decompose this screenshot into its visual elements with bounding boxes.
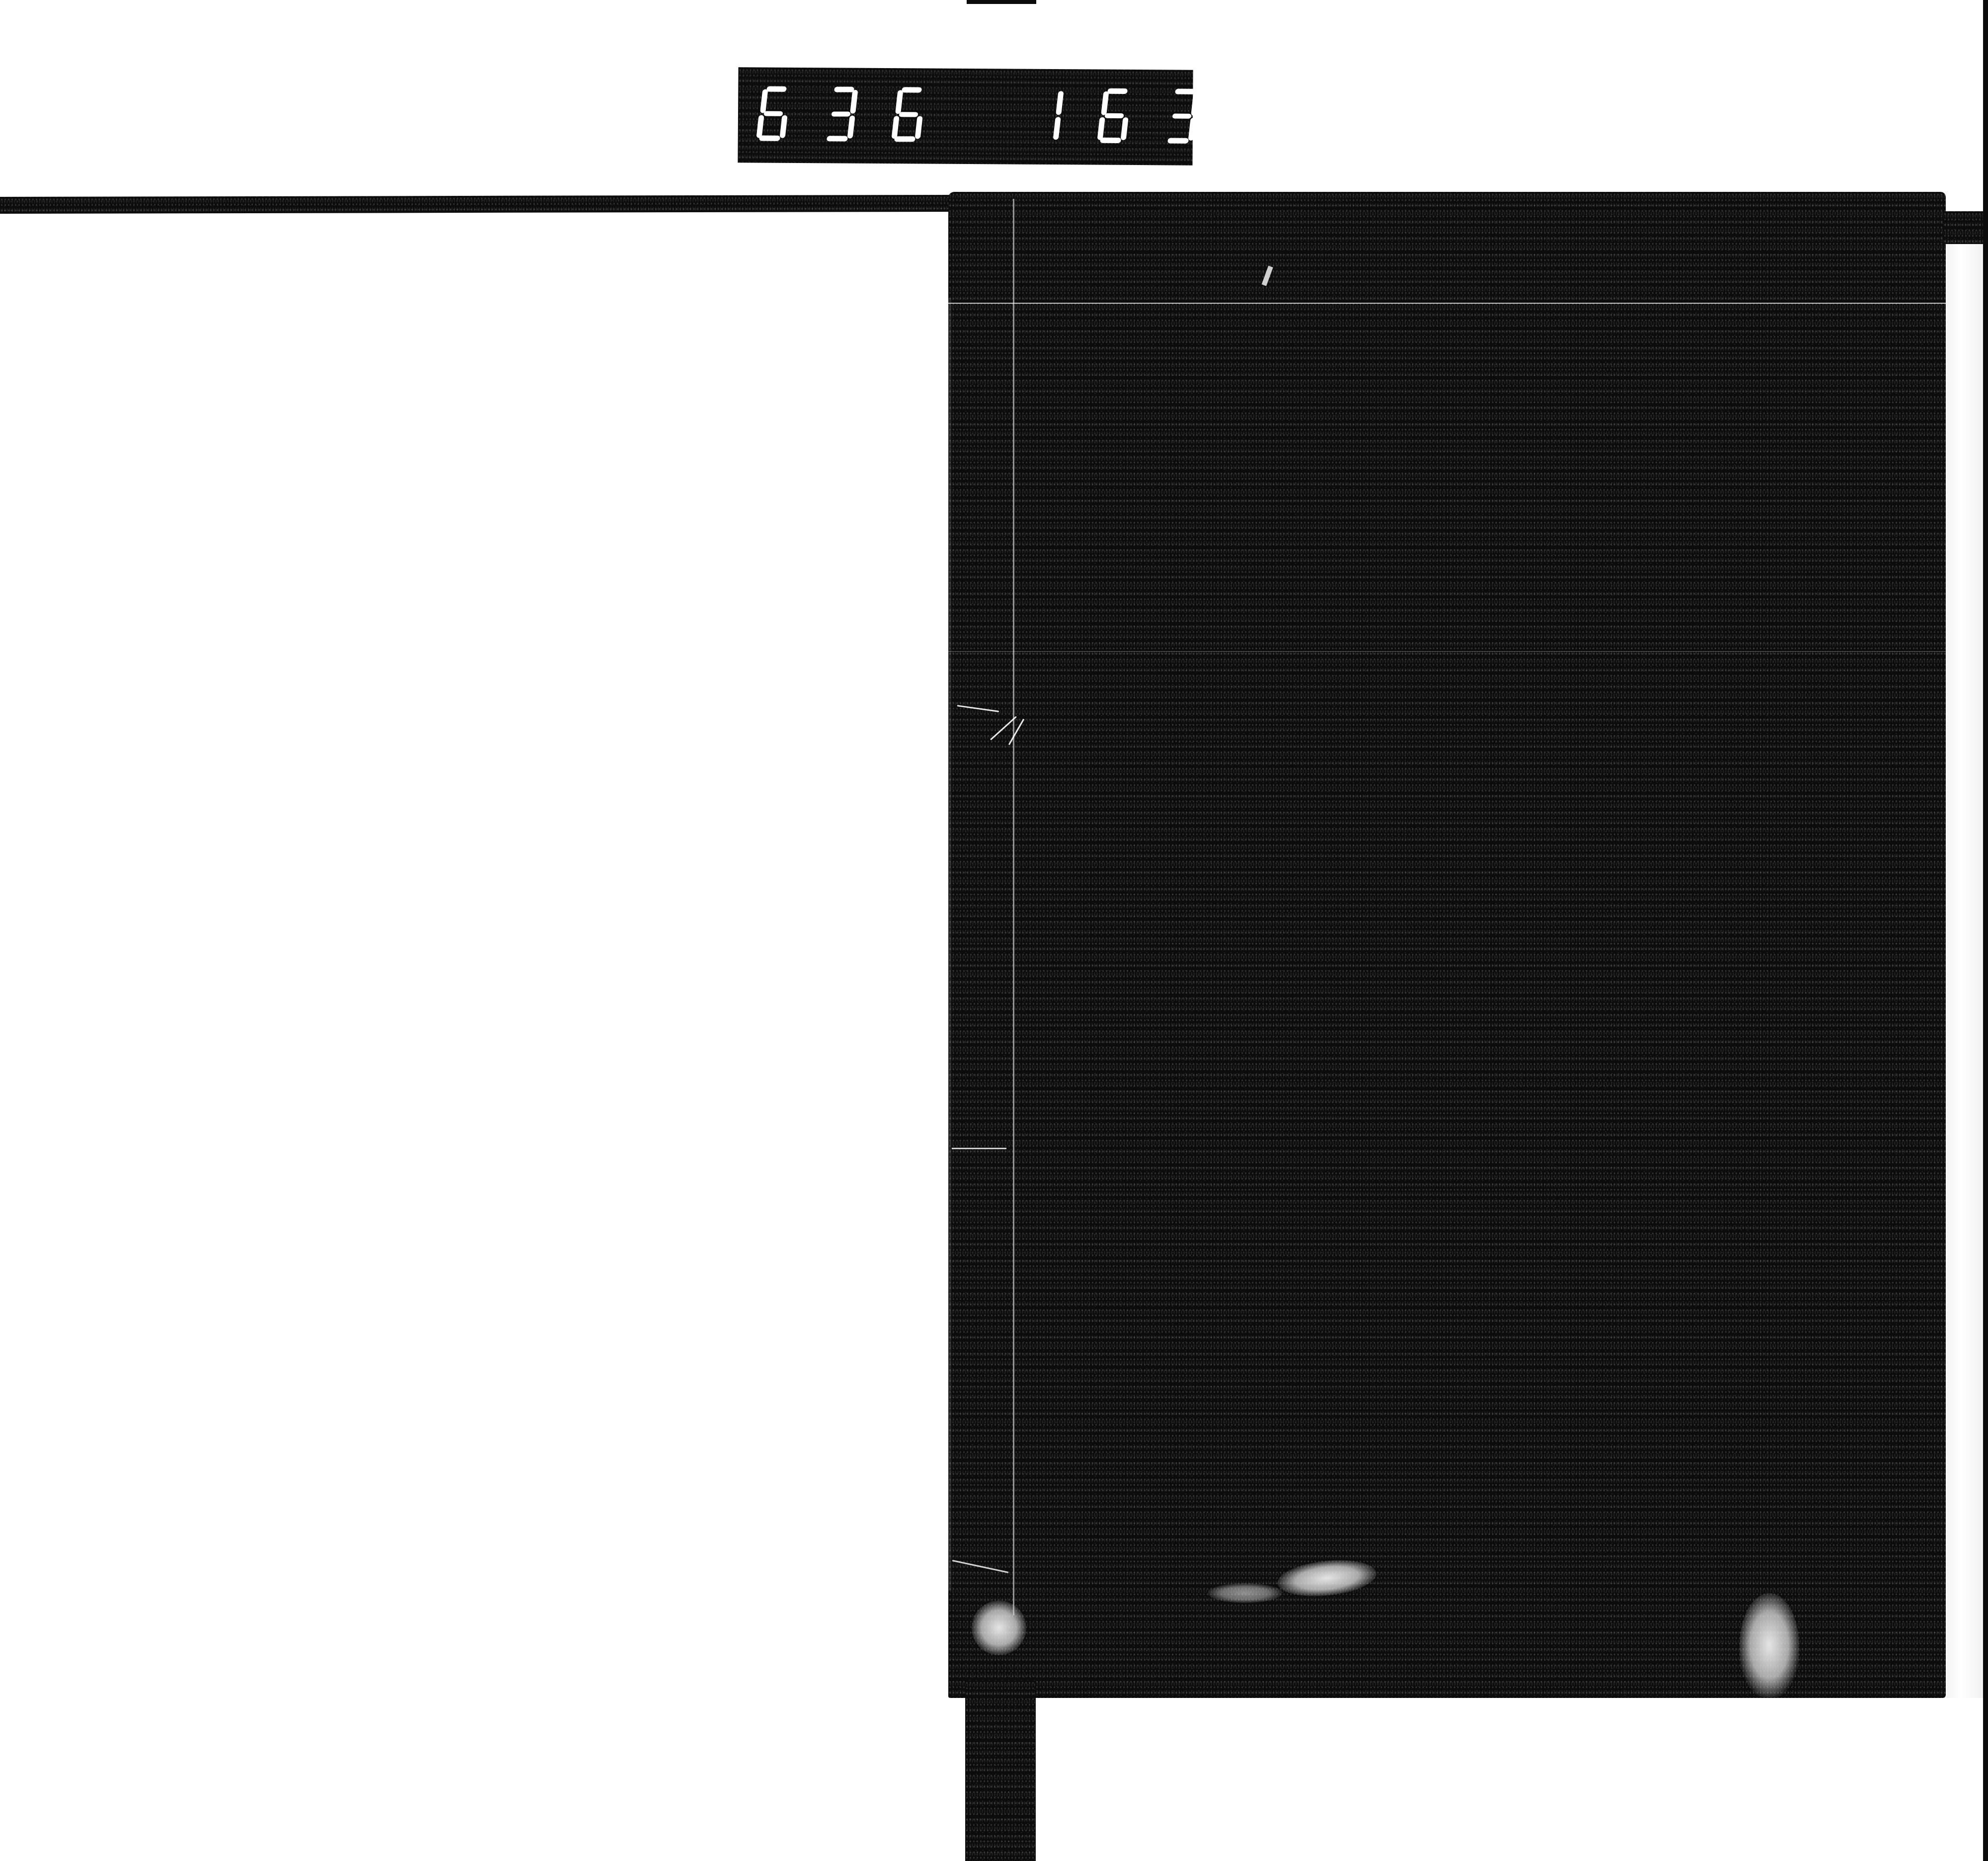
book-cover xyxy=(948,192,1946,1698)
spine-tail xyxy=(965,1680,1036,1861)
wear-spot xyxy=(972,1601,1026,1655)
spine-crease xyxy=(952,1148,1006,1149)
right-border-edge xyxy=(1983,0,1988,1861)
horizontal-bar xyxy=(0,195,957,214)
frame-number-label: 636 163. xyxy=(738,67,1193,166)
right-margin-strip xyxy=(1947,244,1983,1698)
scan-line xyxy=(948,651,1946,652)
spine-fold-line xyxy=(1013,199,1014,1615)
decimal-point xyxy=(1199,136,1206,142)
reel-number xyxy=(759,86,923,142)
scan-line xyxy=(948,303,1946,304)
top-edge-mark xyxy=(967,0,1036,4)
wear-spot xyxy=(1208,1583,1282,1603)
digit-3 xyxy=(824,86,858,141)
wear-spot xyxy=(1739,1593,1799,1697)
spine-edge xyxy=(947,298,951,1591)
digit-1 xyxy=(1029,88,1064,143)
digit-6 xyxy=(891,87,926,142)
right-bar xyxy=(1943,211,1988,244)
digit-6 xyxy=(756,86,791,141)
frame-number xyxy=(1032,88,1197,144)
digit-6 xyxy=(1097,88,1132,143)
digit-3 xyxy=(1164,89,1199,144)
